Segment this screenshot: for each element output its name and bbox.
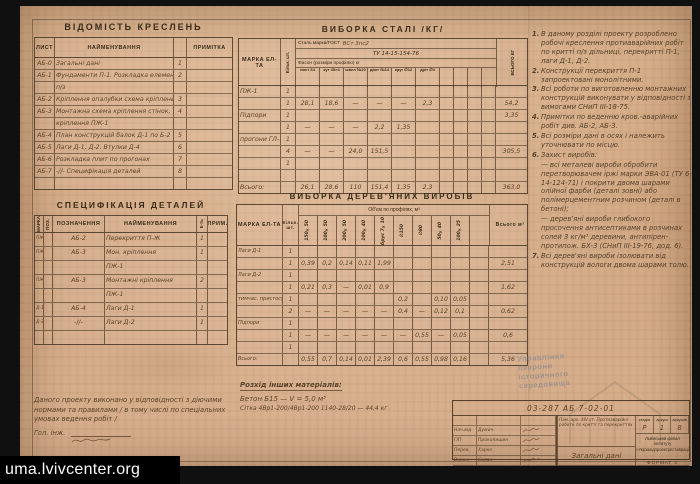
sheet-code: АБ-3 bbox=[35, 106, 55, 117]
table-row: АБ-2 Кріплення опалубки схема кріплень 3 bbox=[35, 94, 232, 106]
sheet-number bbox=[174, 82, 187, 93]
sheet-note bbox=[187, 82, 232, 93]
table-row: Лаги Д-2 1 bbox=[237, 270, 527, 282]
spec-title: СПЕЦИФІКАЦІЯ ДЕТАЛЕЙ bbox=[34, 200, 228, 210]
row-total bbox=[489, 342, 527, 353]
mark bbox=[239, 170, 281, 181]
drawings-rows: АБ-0 Загальні дані 1 АБ-1 Фундаменти П-1… bbox=[35, 58, 232, 189]
stamp-line: Управління bbox=[517, 346, 647, 364]
sheet-label: аркуш bbox=[654, 416, 672, 424]
steel-grade-row: Сталь марка/ГОСТ ВСт.3пс2 bbox=[296, 39, 496, 49]
sheet-name: Лаги Д-1, Д-2. Втулки Д-4 bbox=[55, 142, 174, 153]
col-header-name: НАЙМЕНУВАННЯ bbox=[105, 216, 197, 232]
stamp-line: охорони bbox=[518, 354, 648, 372]
mesh-line: Сітка 4Вр1-200/4Вр1-200 1140-28/20 — 44,… bbox=[240, 404, 480, 414]
mark bbox=[237, 342, 283, 353]
sheet-code: АБ-0 bbox=[35, 58, 55, 69]
note-text: Примітки по веденню кров.-аварійних робі… bbox=[541, 113, 692, 131]
stamp-line: середовища bbox=[519, 372, 649, 390]
table-row: тимчас. пристосув. 1 0,2 0,10 0,05 bbox=[237, 294, 527, 306]
profile-label: дріт ∅3 bbox=[416, 68, 440, 87]
other-materials-section: Розхід інших матеріалів: Бетон Б15 — V =… bbox=[240, 372, 480, 414]
profile-label: 50×40 bbox=[432, 216, 451, 245]
sheet-number bbox=[174, 118, 187, 129]
sheet-name: кріплення ПЖ-1 bbox=[55, 118, 174, 129]
row-total: 54,2 bbox=[496, 98, 527, 109]
mark: Лаги Д-1 bbox=[237, 246, 283, 257]
vol-label: Об'єм по профілях, м³ bbox=[299, 205, 489, 216]
stage-block: стадія аркуш аркушів Р 1 8 bbox=[635, 416, 689, 434]
row-total: 1,62 bbox=[489, 282, 527, 293]
watermark-text: uma.lvivcenter.org bbox=[5, 461, 140, 479]
note-number: 2. bbox=[532, 67, 541, 85]
profile-label: швел №10 bbox=[344, 68, 368, 87]
other-materials-title: Розхід інших матеріалів: bbox=[240, 380, 342, 391]
row-total bbox=[496, 122, 527, 133]
note-number bbox=[532, 161, 541, 214]
sig-mark bbox=[521, 446, 556, 455]
sig-role: Викон. bbox=[453, 456, 477, 465]
qty: 1 bbox=[281, 86, 296, 97]
note-item: — всі металеві вироби обробити перетворю… bbox=[532, 161, 692, 214]
doc-number: 03-287 АБ 7-02-01 bbox=[453, 401, 689, 416]
profile-label bbox=[454, 68, 468, 87]
sheet-name: Монтажна схема кріплення стінок, bbox=[55, 106, 174, 117]
note-number: 7. bbox=[532, 252, 541, 270]
profile-label: 100×50 bbox=[318, 216, 337, 245]
col-header-qty: Кільк. шт. bbox=[281, 39, 296, 87]
col-header-list: ЛИСТ bbox=[35, 38, 55, 57]
qty: 1 bbox=[281, 98, 296, 109]
col-header-total: ВСЬОГО КГ bbox=[497, 39, 530, 87]
archive-stamp: Управління охорони історичного середовищ… bbox=[517, 346, 649, 391]
mark: Підпори bbox=[239, 110, 281, 121]
spec-table-header: МАРКА ПОЗ. ПОЗНАЧЕННЯ НАЙМЕНУВАННЯ К-ть … bbox=[35, 216, 227, 233]
wood-table-header: МАРКА ЕЛ-ТА Кільк. шт. Об'єм по профілях… bbox=[237, 205, 527, 246]
steel-fason: Фасон (розміри профілю) кг bbox=[296, 59, 496, 68]
qty: 1 bbox=[283, 270, 299, 281]
sheet-number: 3 bbox=[174, 94, 187, 105]
sheet-code bbox=[35, 82, 55, 93]
sheet-code: АБ-6 bbox=[35, 154, 55, 165]
sig-row bbox=[453, 416, 556, 426]
col-header-mark: МАРКА bbox=[35, 216, 44, 232]
qty bbox=[283, 354, 299, 365]
watermark: uma.lvivcenter.org bbox=[0, 456, 180, 484]
signature-icon bbox=[71, 437, 111, 444]
sheet-name: -//- Специфікація деталей bbox=[55, 166, 174, 177]
row-total bbox=[489, 318, 527, 329]
mark: тимчас. пристосув. bbox=[237, 294, 283, 305]
stage-value: Р bbox=[636, 424, 654, 434]
sheet-note bbox=[187, 178, 232, 189]
concrete-line: Бетон Б15 — V = 5,0 м³ bbox=[240, 394, 480, 404]
stage-label: стадія bbox=[636, 416, 654, 424]
profile-label bbox=[468, 68, 482, 87]
col-header-total: Всього м³ bbox=[490, 205, 530, 245]
paper-stain bbox=[100, 336, 240, 396]
notes-list: 1. В даному розділі проекту розроблено р… bbox=[532, 30, 692, 270]
table-row: прогони ГЛ-104 1 bbox=[239, 134, 527, 146]
format-label: ФОРМАТ 4 bbox=[636, 459, 689, 465]
profile-label: ∅150 bbox=[394, 216, 413, 245]
row-total bbox=[489, 294, 527, 305]
sheet-number: 7 bbox=[174, 154, 187, 165]
wood-volumes-header: Об'єм по профілях, м³ 150×50100×50200×50… bbox=[299, 205, 490, 245]
profile-label bbox=[482, 68, 496, 87]
row-total: 0,6 bbox=[489, 330, 527, 341]
row-total: 2,51 bbox=[489, 258, 527, 269]
sheets-label: аркушів bbox=[671, 416, 689, 424]
sheet-note bbox=[187, 154, 232, 165]
sig-name: Салак bbox=[477, 456, 521, 465]
sig-name: Прокопишин bbox=[477, 436, 521, 445]
sheet-title: Загальні дані bbox=[557, 447, 635, 466]
note-text: — дерев'яні вироби глибокого просочення … bbox=[541, 215, 692, 251]
drawings-table-header: ЛИСТ НАЙМЕНУВАННЯ ПРИМІТКА bbox=[35, 38, 232, 58]
note-item: — дерев'яні вироби глибокого просочення … bbox=[532, 215, 692, 251]
table-row: п/з bbox=[35, 82, 232, 94]
note-item: 4. Примітки по веденню кров.-аварійних р… bbox=[532, 113, 692, 131]
note-text: Конструкції перекриття П-1 запроектовані… bbox=[541, 67, 692, 85]
sheet-note bbox=[187, 118, 232, 129]
steel-table-header: МАРКА ЕЛ-ТА Кільк. шт. Сталь марка/ГОСТ … bbox=[239, 39, 527, 86]
sig-name: Харко bbox=[477, 446, 521, 455]
mark bbox=[239, 146, 281, 157]
table-row: Д-2 -//- Лаги Д-2 1 bbox=[35, 317, 227, 331]
sig-role: ГІП bbox=[453, 436, 477, 445]
mark: Лаги Д-2 bbox=[237, 270, 283, 281]
table-row: АБ-6 Розкладка плит по прогонах 7 bbox=[35, 154, 232, 166]
wood-table: МАРКА ЕЛ-ТА Кільк. шт. Об'єм по профілях… bbox=[236, 204, 528, 366]
table-row: 1 bbox=[239, 158, 527, 170]
profile-label: круг ∅12 bbox=[392, 68, 416, 87]
profile-label: 150×50 bbox=[299, 216, 318, 245]
grade-label: Сталь марка/ГОСТ bbox=[298, 41, 340, 46]
signature-icon bbox=[522, 456, 540, 464]
sheet-note bbox=[187, 142, 232, 153]
table-row: 1 bbox=[237, 342, 527, 354]
note-text: В даному розділі проекту розроблено робо… bbox=[541, 30, 692, 66]
sheet-code: АБ-7 bbox=[35, 166, 55, 177]
table-row: 1 0,21 0,3 — 0,01 0,9 1,62 bbox=[237, 282, 527, 294]
title-block: 03-287 АБ 7-02-01 Нач.від Думич ГІП bbox=[452, 400, 690, 460]
table-row: ПЖ-1 АБ-2 Перекриття П-Ж 1 bbox=[35, 233, 227, 247]
row-total bbox=[496, 86, 527, 97]
profile-label: лист δ4 bbox=[296, 68, 320, 87]
profile-label: двот №14 bbox=[368, 68, 392, 87]
row-total bbox=[496, 158, 527, 169]
note-item: 6. Захист виробів: bbox=[532, 151, 692, 160]
note-number: 5. bbox=[532, 132, 541, 150]
note-number: 3. bbox=[532, 85, 541, 112]
row-total bbox=[496, 170, 527, 181]
col-header-note: ПРИМІТКА bbox=[187, 38, 232, 57]
institute-line2: «Укрзахідпроектреставрація» bbox=[636, 447, 689, 452]
table-row: 1 0,39 0,2 0,14 0,11 1,99 2,51 bbox=[237, 258, 527, 270]
col-header-ref: ПОЗНАЧЕННЯ bbox=[53, 216, 105, 232]
sheet-code: АБ-4 bbox=[35, 130, 55, 141]
table-row: АБ-1 Фундаменти П-1. Розкладка елементів… bbox=[35, 70, 232, 82]
sheet-number: 1 bbox=[174, 58, 187, 69]
bottom-note-text: Даного проекту виконано у відповідності … bbox=[34, 396, 250, 425]
sheet-code: АБ-1 bbox=[35, 70, 55, 81]
sheet-note bbox=[187, 166, 232, 177]
col-header-note: ПРИМ. bbox=[208, 216, 227, 232]
table-row: кріплення ПЖ-1 bbox=[35, 118, 232, 130]
qty: 1 bbox=[281, 110, 296, 121]
sheet-name: План конструкцій балок Д-1 по Б-2 bbox=[55, 130, 174, 141]
row-total bbox=[489, 270, 527, 281]
wood-section: ВИБОРКА ДЕРЕВ'ЯНИХ ВИРОБІВ МАРКА ЕЛ-ТА К… bbox=[236, 192, 528, 366]
bottom-note: Даного проекту виконано у відповідності … bbox=[34, 396, 250, 437]
sheet-note bbox=[187, 130, 232, 141]
profile-label: 100×40 bbox=[356, 216, 375, 245]
steel-rows: ПЖ-1 1 bbox=[239, 86, 527, 193]
qty: 1 bbox=[283, 342, 299, 353]
sheet-note bbox=[187, 106, 232, 117]
sheet-name: Кріплення опалубки схема кріплень bbox=[55, 94, 174, 105]
row-total: 5,36 bbox=[489, 354, 527, 365]
note-number bbox=[532, 215, 541, 251]
signature-line bbox=[71, 429, 131, 437]
mark: Підпори bbox=[237, 318, 283, 329]
mark bbox=[239, 158, 281, 169]
table-row: 1 — — — 2,2 1,35 bbox=[239, 122, 527, 134]
sheet-code bbox=[35, 118, 55, 129]
project-name: Пам. арх. XIV ст. Протиаварійні роботи п… bbox=[557, 416, 635, 447]
table-row: 1 28,1 18,6 — — — 2,3 54,2 bbox=[239, 98, 527, 110]
sheet-value: 1 bbox=[654, 424, 672, 434]
sheet-number: 4 bbox=[174, 106, 187, 117]
table-row: Всього: 0,55 0,7 0,14 0,01 2,39 0,6 0,55… bbox=[237, 354, 527, 365]
drawings-list-section: ВІДОМІСТЬ КРЕСЛЕНЬ ЛИСТ НАЙМЕНУВАННЯ ПРИ… bbox=[34, 22, 233, 190]
sheet-name: Загальні дані bbox=[55, 58, 174, 69]
qty: 1 bbox=[281, 134, 296, 145]
profile-label: 200×50 bbox=[337, 216, 356, 245]
table-row: Лаги Д-1 1 bbox=[237, 246, 527, 258]
note-number: 4. bbox=[532, 113, 541, 131]
steel-section: ВИБОРКА СТАЛІ /КГ/ МАРКА ЕЛ-ТА Кільк. шт… bbox=[238, 24, 528, 194]
row-total bbox=[496, 134, 527, 145]
qty bbox=[281, 170, 296, 181]
sheet-note bbox=[187, 70, 232, 81]
institute-line1: Львівський філіал інституту bbox=[636, 436, 689, 447]
signature-icon bbox=[522, 426, 540, 434]
col-header-name: НАЙМЕНУВАННЯ bbox=[55, 38, 174, 57]
profile-label bbox=[470, 216, 489, 245]
wood-rows: Лаги Д-1 1 bbox=[237, 246, 527, 365]
table-row bbox=[35, 178, 232, 189]
grade-value: ВСт.3пс2 bbox=[343, 41, 369, 47]
sig-mark bbox=[521, 426, 556, 435]
note-text: Всі дерев'яні вироби ізолювати від конст… bbox=[541, 252, 692, 270]
table-row: АБ-3 Монтажна схема кріплення стінок, 4 bbox=[35, 106, 232, 118]
sheet-number: 8 bbox=[174, 166, 187, 177]
mark: ПЖ-1 bbox=[239, 86, 281, 97]
qty: 1 bbox=[281, 158, 296, 169]
col-header-poz: ПОЗ. bbox=[44, 216, 53, 232]
col-header-qty: Кільк. шт. bbox=[283, 205, 299, 245]
qty: 1 bbox=[283, 294, 299, 305]
row-total: 0,62 bbox=[489, 306, 527, 317]
table-row: ПЖ-1 bbox=[35, 261, 227, 275]
scanned-drawing-sheet: ВІДОМІСТЬ КРЕСЛЕНЬ ЛИСТ НАЙМЕНУВАННЯ ПРИ… bbox=[20, 6, 692, 466]
col-header-mark: МАРКА ЕЛ-ТА bbox=[237, 205, 283, 245]
sig-row: Нач.від Думич bbox=[453, 426, 556, 436]
qty: 1 bbox=[283, 246, 299, 257]
sig-name: Думич bbox=[477, 426, 521, 435]
signature-icon bbox=[522, 436, 540, 444]
qty: 1 bbox=[283, 318, 299, 329]
table-row: Підпори 1 bbox=[237, 318, 527, 330]
sheet-name: п/з bbox=[55, 82, 174, 93]
sig-role: Нач.від bbox=[453, 426, 477, 435]
table-row: Д-1 АБ-4 Лаги Д-1 1 bbox=[35, 303, 227, 317]
bottom-note-signature-label: Гол. інж. bbox=[34, 429, 65, 437]
steel-tu: ТУ 14-15-154-76 bbox=[296, 49, 496, 59]
spec-section: СПЕЦИФІКАЦІЯ ДЕТАЛЕЙ МАРКА ПОЗ. ПОЗНАЧЕН… bbox=[34, 200, 228, 345]
note-text: — всі металеві вироби обробити перетворю… bbox=[541, 161, 692, 214]
row-total bbox=[489, 246, 527, 257]
profile-label: ∅80 bbox=[413, 216, 432, 245]
sheet-number bbox=[174, 178, 187, 189]
steel-header-strips: Сталь марка/ГОСТ ВСт.3пс2 ТУ 14-15-154-7… bbox=[296, 39, 497, 87]
note-item: 1. В даному розділі проекту розроблено р… bbox=[532, 30, 692, 66]
mark bbox=[237, 330, 283, 341]
sheet-code: АБ-5 bbox=[35, 142, 55, 153]
col-header-qty: К-ть bbox=[197, 216, 208, 232]
qty: 1 bbox=[283, 282, 299, 293]
qty: 1 bbox=[283, 258, 299, 269]
table-row: 1 — — — — — — 0,55 — 0,05 0,6 bbox=[237, 330, 527, 342]
row-total: 3,35 bbox=[496, 110, 527, 121]
mark bbox=[239, 122, 281, 133]
col-header-mark: МАРКА ЕЛ-ТА bbox=[239, 39, 281, 87]
table-row bbox=[35, 331, 227, 344]
table-row bbox=[239, 170, 527, 182]
note-text: Захист виробів: bbox=[541, 151, 692, 160]
row-total: 305,5 bbox=[496, 146, 527, 157]
table-row: ПЖ-1 АБ-3 Монтажні кріплення 2 bbox=[35, 275, 227, 289]
table-row: 2 — — — — — 0,4 — 0,12 0,1 0,62 bbox=[237, 306, 527, 318]
table-row: АБ-7 -//- Специфікація деталей 8 bbox=[35, 166, 232, 178]
note-text: Всі розміри дані в осях і належить уточн… bbox=[541, 132, 692, 150]
note-number: 1. bbox=[532, 30, 541, 66]
qty: 1 bbox=[281, 122, 296, 133]
steel-profile-headers: лист δ4кут 45×4швел №10двот №14круг ∅12д… bbox=[296, 68, 496, 87]
sig-mark bbox=[521, 436, 556, 445]
qty: 1 bbox=[283, 330, 299, 341]
sheet-number: 2 bbox=[174, 70, 187, 81]
qty: 4 bbox=[281, 146, 296, 157]
sheet-name bbox=[55, 178, 174, 189]
sig-row: Перев. Харко bbox=[453, 446, 556, 456]
table-row: АБ-5 Лаги Д-1, Д-2. Втулки Д-4 6 bbox=[35, 142, 232, 154]
table-row: 4 — — 24,0 151,5 305,5 bbox=[239, 146, 527, 158]
sheet-name: Розкладка плит по прогонах bbox=[55, 154, 174, 165]
table-row: ПЖ-1 АБ-3 Мон. кріплення 1 bbox=[35, 247, 227, 261]
wood-profile-headers: 150×50100×50200×50100×40брус 7×10∅150∅80… bbox=[299, 216, 489, 245]
table-row: АБ-4 План конструкцій балок Д-1 по Б-2 5 bbox=[35, 130, 232, 142]
profile-label bbox=[440, 68, 454, 87]
note-item: 3. Всі роботи по виготовленню монтажних … bbox=[532, 85, 692, 112]
sheet-note bbox=[187, 58, 232, 69]
table-row: Підпори 1 3,35 bbox=[239, 110, 527, 122]
sig-mark bbox=[521, 456, 556, 465]
note-item: 7. Всі дерев'яні вироби ізолювати від ко… bbox=[532, 252, 692, 270]
mark bbox=[237, 258, 283, 269]
table-row: ПЖ-1 1 bbox=[239, 86, 527, 98]
profile-label: кут 45×4 bbox=[320, 68, 344, 87]
col-header-num bbox=[174, 38, 187, 57]
sheet-code: АБ-2 bbox=[35, 94, 55, 105]
sheet-name: Фундаменти П-1. Розкладка елементів bbox=[55, 70, 174, 81]
sig-row: Викон. Салак bbox=[453, 456, 556, 466]
drawings-list-title: ВІДОМІСТЬ КРЕСЛЕНЬ bbox=[34, 22, 233, 32]
signature-icon bbox=[522, 446, 540, 454]
table-row: ПЖ-1 bbox=[35, 289, 227, 303]
profile-label: 100×25 bbox=[451, 216, 470, 245]
stamp-line: історичного bbox=[518, 363, 648, 381]
title-block-right: Пам. арх. XIV ст. Протиаварійні роботи п… bbox=[557, 416, 689, 466]
sheets-value: 8 bbox=[671, 424, 689, 434]
sheet-number: 6 bbox=[174, 142, 187, 153]
drawings-table: ЛИСТ НАЙМЕНУВАННЯ ПРИМІТКА АБ-0 Загальні… bbox=[34, 37, 233, 190]
mark: Всього: bbox=[237, 354, 283, 365]
table-row: АБ-0 Загальні дані 1 bbox=[35, 58, 232, 70]
qty: 2 bbox=[283, 306, 299, 317]
wood-title: ВИБОРКА ДЕРЕВ'ЯНИХ ВИРОБІВ bbox=[236, 192, 528, 201]
sheet-note bbox=[187, 94, 232, 105]
spec-table: МАРКА ПОЗ. ПОЗНАЧЕННЯ НАЙМЕНУВАННЯ К-ть … bbox=[34, 215, 228, 345]
sig-role: Перев. bbox=[453, 446, 477, 455]
steel-title: ВИБОРКА СТАЛІ /КГ/ bbox=[238, 24, 528, 34]
sig-row: ГІП Прокопишин bbox=[453, 436, 556, 446]
mark bbox=[237, 282, 283, 293]
note-item: 5. Всі розміри дані в осях і належить ут… bbox=[532, 132, 692, 150]
note-text: Всі роботи по виготовленню монтажних кон… bbox=[541, 85, 692, 112]
note-number: 6. bbox=[532, 151, 541, 160]
note-item: 2. Конструкції перекриття П-1 запроектов… bbox=[532, 67, 692, 85]
sheet-number: 5 bbox=[174, 130, 187, 141]
steel-table: МАРКА ЕЛ-ТА Кільк. шт. Сталь марка/ГОСТ … bbox=[238, 38, 528, 194]
signature-table: Нач.від Думич ГІП Прокопишин Перев. bbox=[453, 416, 557, 466]
sheet-code bbox=[35, 178, 55, 189]
spec-rows: ПЖ-1 АБ-2 Перекриття П-Ж 1 ПЖ-1 АБ-3 Мон… bbox=[35, 233, 227, 344]
mark bbox=[239, 98, 281, 109]
profile-label: брус 7×10 bbox=[375, 216, 394, 245]
mark bbox=[237, 306, 283, 317]
institute-block: Львівський філіал інституту «Укрзахідпро… bbox=[635, 434, 689, 466]
sig-rows: Нач.від Думич ГІП Прокопишин Перев. bbox=[453, 426, 556, 466]
notes-column: 1. В даному розділі проекту розроблено р… bbox=[532, 30, 692, 271]
mark: прогони ГЛ-104 bbox=[239, 134, 281, 145]
